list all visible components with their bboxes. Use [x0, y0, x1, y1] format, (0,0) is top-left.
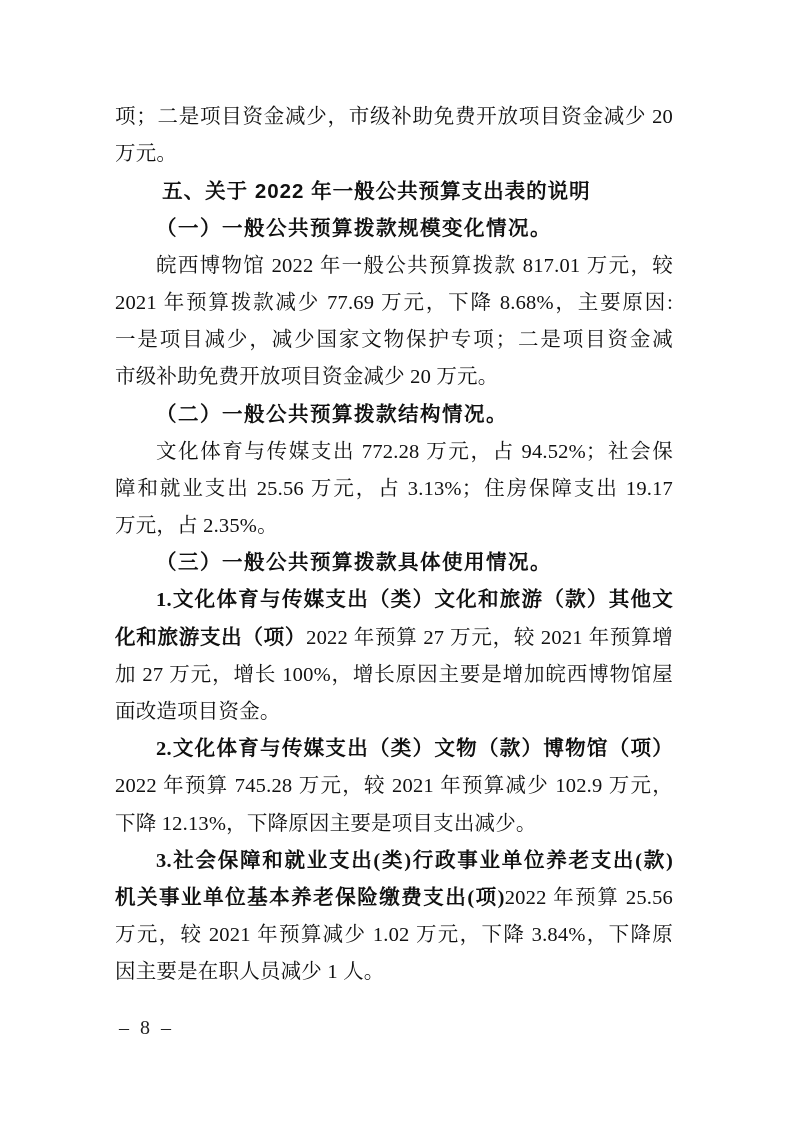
bold-text-segment: （三）一般公共预算拨款具体使用情况。	[156, 552, 552, 574]
text-line: 面改造项目资金。	[115, 694, 673, 731]
text-line: 皖西博物馆 2022 年一般公共预算拨款 817.01 万元，较	[115, 248, 673, 285]
text-line: 一是项目减少，减少国家文物保护专项；二是项目资金减少，	[115, 322, 673, 359]
text-line: 2.文化体育与传媒支出（类）文物（款）博物馆（项）	[115, 731, 673, 768]
text-segment: 2021 年预算拨款减少 77.69 万元，下降 8.68%，主要原因:	[115, 292, 673, 314]
text-segment: 加 27 万元，增长 100%，增长原因主要是增加皖西博物馆屋	[115, 664, 673, 686]
text-segment: 万元，较 2021 年预算减少 1.02 万元，下降 3.84%，下降原	[115, 924, 673, 946]
text-segment: 万元，占 2.35%。	[115, 515, 278, 537]
bold-text-segment: 机关事业单位基本养老保险缴费支出(项)	[115, 887, 505, 909]
bold-text-segment: 五、关于 2022 年一般公共预算支出表的说明	[162, 180, 591, 203]
text-line: 万元，较 2021 年预算减少 1.02 万元，下降 3.84%，下降原	[115, 917, 673, 954]
document-content: 项；二是项目资金减少，市级补助免费开放项目资金减少 20万元。五、关于 2022…	[115, 99, 673, 992]
text-segment: 面改造项目资金。	[115, 701, 281, 723]
section-heading: 五、关于 2022 年一般公共预算支出表的说明	[115, 173, 673, 210]
text-line: 文化体育与传媒支出 772.28 万元，占 94.52%；社会保	[115, 434, 673, 471]
text-line: 机关事业单位基本养老保险缴费支出(项)2022 年预算 25.56	[115, 880, 673, 917]
text-segment: 2022 年预算 745.28 万元，较 2021 年预算减少 102.9 万元…	[115, 775, 673, 797]
text-line: 3.社会保障和就业支出(类)行政事业单位养老支出(款)	[115, 843, 673, 880]
text-segment: 市级补助免费开放项目资金减少 20 万元。	[115, 366, 498, 388]
page-number: – 8 –	[119, 1015, 174, 1041]
text-line: 2021 年预算拨款减少 77.69 万元，下降 8.68%，主要原因:	[115, 285, 673, 322]
text-segment: 一是项目减少，减少国家文物保护专项；二是项目资金减少，	[115, 329, 673, 359]
bold-text-segment: 3.社会保障和就业支出(类)行政事业单位养老支出(款)	[156, 850, 673, 872]
sub-heading: （一）一般公共预算拨款规模变化情况。	[115, 211, 673, 248]
bold-text-segment: 化和旅游支出（项）	[115, 627, 306, 649]
text-line: 项；二是项目资金减少，市级补助免费开放项目资金减少 20	[115, 99, 673, 136]
sub-heading: （二）一般公共预算拨款结构情况。	[115, 397, 673, 434]
document-page: 项；二是项目资金减少，市级补助免费开放项目资金减少 20万元。五、关于 2022…	[0, 0, 793, 1122]
text-segment: 障和就业支出 25.56 万元，占 3.13%；住房保障支出 19.17	[115, 478, 673, 500]
bold-text-segment: 1.文化体育与传媒支出（类）文化和旅游（款）其他文	[156, 589, 673, 611]
bold-text-segment: （二）一般公共预算拨款结构情况。	[156, 404, 508, 426]
text-line: 下降 12.13%，下降原因主要是项目支出减少。	[115, 806, 673, 843]
text-segment: 2022 年预算 27 万元，较 2021 年预算增	[306, 627, 673, 649]
text-line: 2022 年预算 745.28 万元，较 2021 年预算减少 102.9 万元…	[115, 768, 673, 805]
text-line: 市级补助免费开放项目资金减少 20 万元。	[115, 359, 673, 396]
text-segment: 文化体育与传媒支出 772.28 万元，占 94.52%；社会保	[156, 441, 673, 463]
text-segment: 皖西博物馆 2022 年一般公共预算拨款 817.01 万元，较	[156, 255, 673, 277]
text-segment: 万元。	[115, 143, 177, 165]
text-segment: 因主要是在职人员减少 1 人。	[115, 961, 385, 983]
text-line: 障和就业支出 25.56 万元，占 3.13%；住房保障支出 19.17	[115, 471, 673, 508]
text-line: 加 27 万元，增长 100%，增长原因主要是增加皖西博物馆屋	[115, 657, 673, 694]
text-line: 万元。	[115, 136, 673, 173]
bold-text-segment: （一）一般公共预算拨款规模变化情况。	[156, 218, 552, 240]
sub-heading: （三）一般公共预算拨款具体使用情况。	[115, 545, 673, 582]
bold-text-segment: 2.文化体育与传媒支出（类）文物（款）博物馆（项）	[156, 738, 673, 760]
text-line: 化和旅游支出（项）2022 年预算 27 万元，较 2021 年预算增	[115, 620, 673, 657]
text-segment: 项；二是项目资金减少，市级补助免费开放项目资金减少 20	[115, 106, 673, 128]
text-line: 1.文化体育与传媒支出（类）文化和旅游（款）其他文	[115, 582, 673, 619]
text-line: 因主要是在职人员减少 1 人。	[115, 954, 673, 991]
text-segment: 2022 年预算 25.56	[505, 887, 673, 909]
text-line: 万元，占 2.35%。	[115, 508, 673, 545]
text-segment: 下降 12.13%，下降原因主要是项目支出减少。	[115, 813, 537, 835]
